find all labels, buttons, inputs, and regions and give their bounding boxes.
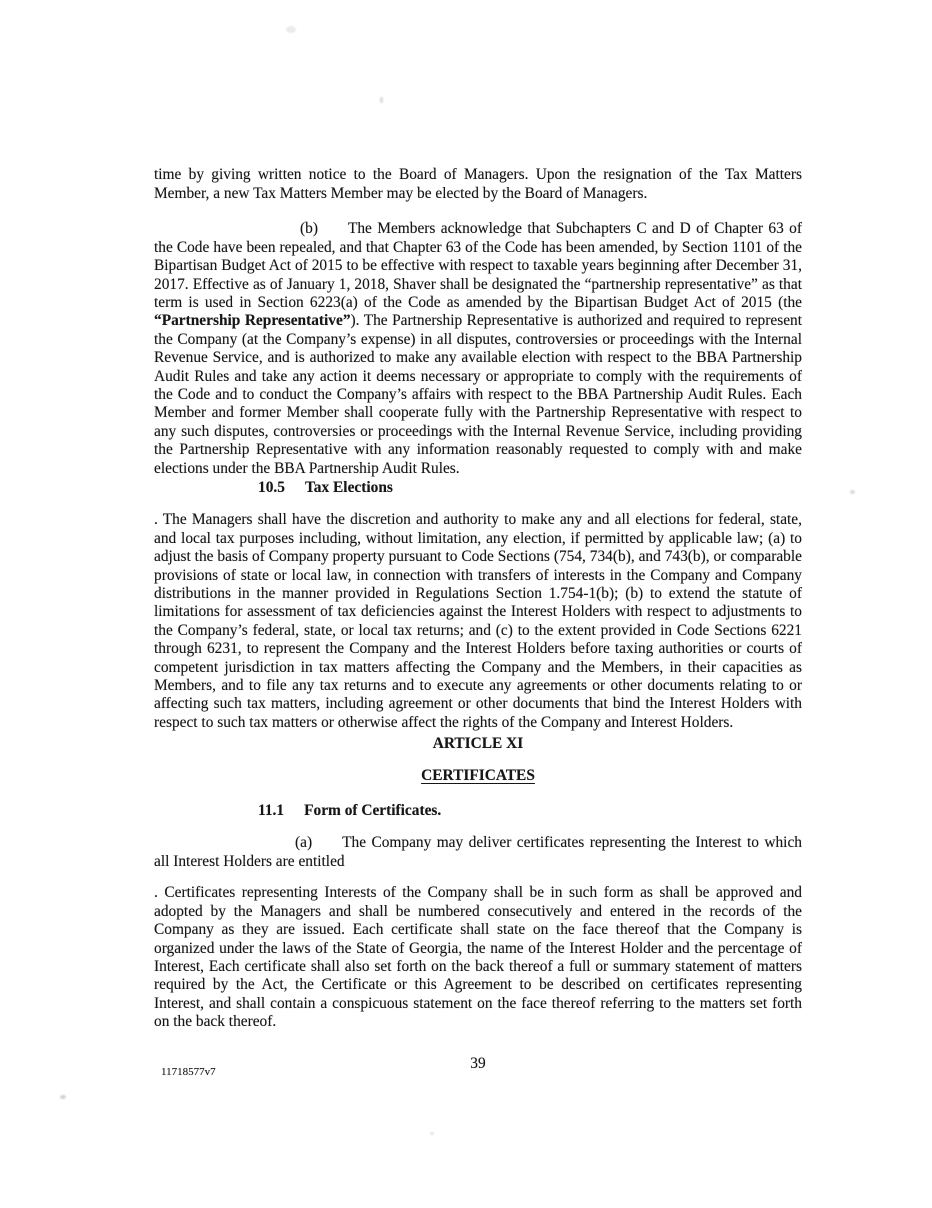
document-page: time by giving written notice to the Boa…	[0, 0, 932, 1208]
paragraph-clause-a: (a)The Company may deliver certificates …	[154, 834, 802, 871]
article-subheading-text: CERTIFICATES	[421, 767, 535, 784]
scan-speck	[286, 26, 296, 33]
footer-page-number: 39	[154, 1055, 802, 1073]
clause-b-text: The Members acknowledge that Subchapters…	[154, 220, 802, 311]
section-title: Form of Certificates.	[304, 802, 441, 819]
clause-b-text-continued: ). The Partnership Representative is aut…	[154, 312, 802, 476]
section-number: 11.1	[258, 802, 284, 819]
scan-speck	[430, 1132, 434, 1135]
clause-b-defined-term: “Partnership Representative”	[154, 312, 351, 329]
article-subheading: CERTIFICATES	[154, 767, 802, 785]
clause-b-label: (b)	[300, 220, 318, 237]
paragraph-certificates-form: . Certificates representing Interests of…	[154, 884, 802, 1031]
paragraph-tax-elections: . The Managers shall have the discretion…	[154, 511, 802, 732]
paragraph-clause-b: (b)The Members acknowledge that Subchapt…	[154, 220, 802, 478]
clause-a-label: (a)	[295, 834, 312, 851]
scan-speck	[60, 1095, 66, 1099]
section-heading-10-5: 10.5Tax Elections	[154, 479, 906, 497]
section-number: 10.5	[258, 479, 285, 496]
scan-speck	[380, 97, 383, 103]
section-heading-11-1: 11.1Form of Certificates.	[154, 802, 906, 820]
clause-a-text: The Company may deliver certificates rep…	[154, 834, 802, 869]
article-heading: ARTICLE XI	[154, 735, 802, 753]
section-title: Tax Elections	[305, 479, 393, 496]
paragraph-tax-matters-member: time by giving written notice to the Boa…	[154, 166, 802, 203]
